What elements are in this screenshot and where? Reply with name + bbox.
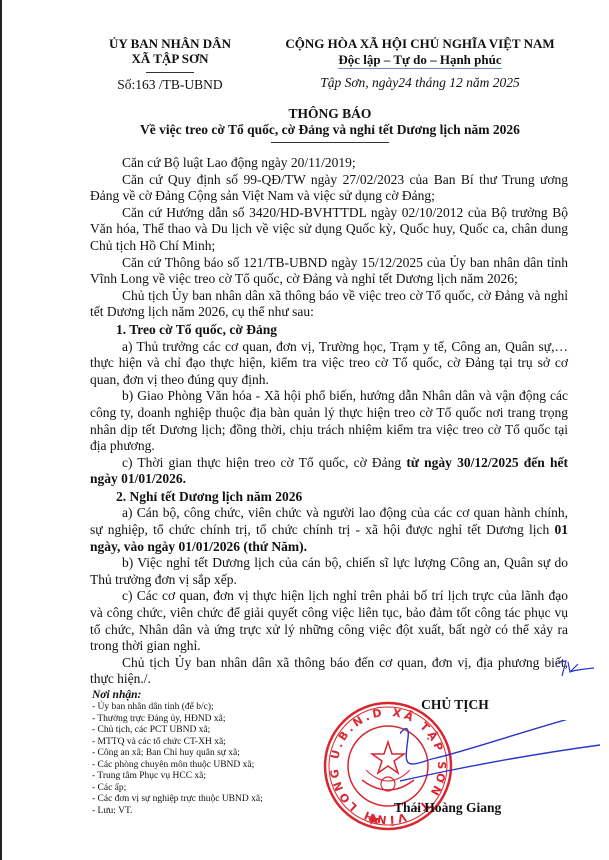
page-left-border: [0, 0, 2, 860]
intro-paragraph: Chủ tịch Ủy ban nhân dân xã thông báo về…: [90, 288, 568, 321]
section-2-a-text: a) Cán bộ, công chức, viên chức và người…: [90, 505, 568, 537]
basis-4: Căn cứ Thông báo số 121/TB-UBND ngày 15/…: [90, 255, 568, 288]
recipient-item: - Thường trực Đảng ủy, HĐND xã;: [92, 714, 312, 726]
basis-1: Căn cứ Bộ luật Lao động ngày 20/11/2019;: [90, 155, 568, 172]
section-1-heading: 1. Treo cờ Tổ quốc, cờ Đảng: [90, 322, 568, 339]
basis-3: Căn cứ Hướng dẫn số 3420/HD-BVHTTDL ngày…: [90, 205, 568, 255]
document-body: Căn cứ Bộ luật Lao động ngày 20/11/2019;…: [90, 155, 568, 688]
issuer-divider: [146, 72, 194, 73]
national-header: CỘNG HÒA XÃ HỘI CHỦ NGHĨA VIỆT NAM Độc l…: [270, 36, 570, 91]
place-date: Tập Sơn, ngày24 tháng 12 năm 2025: [270, 75, 570, 91]
section-1-b: b) Giao Phòng Văn hóa - Xã hội phổ biến,…: [90, 388, 568, 454]
closing-paragraph: Chủ tịch Ủy ban nhân dân xã thông báo đế…: [90, 655, 568, 688]
basis-2: Căn cứ Quy định số 99-QĐ/TW ngày 27/02/2…: [90, 172, 568, 205]
recipient-item: - Lưu: VT.: [92, 806, 312, 818]
recipient-item: - Các ấp;: [92, 783, 312, 795]
document-number: Số:163 /TB-UBND: [95, 77, 245, 93]
recipients-block: Nơi nhận: - Ủy ban nhân dân tỉnh (để b/c…: [92, 688, 312, 817]
national-motto: Độc lập – Tự do – Hạnh phúc: [338, 52, 501, 69]
nation-name: CỘNG HÒA XÃ HỘI CHỦ NGHĨA VIỆT NAM: [270, 36, 570, 51]
initials-mark: [556, 658, 596, 680]
recipient-item: - Các phòng chuyên môn thuộc UBND xã;: [92, 760, 312, 772]
section-2-a: a) Cán bộ, công chức, viên chức và người…: [90, 505, 568, 555]
issuer-line-2: XÃ TẬP SƠN: [95, 51, 245, 66]
recipient-item: - Ủy ban nhân dân tỉnh (để b/c);: [92, 702, 312, 714]
signer-name: Thái Hoàng Giang: [380, 800, 564, 816]
section-1-c: c) Thời gian thực hiện treo cờ Tổ quốc, …: [90, 455, 568, 488]
section-1-c-text: c) Thời gian thực hiện treo cờ Tổ quốc, …: [122, 455, 406, 470]
issuer-header: ỦY BAN NHÂN DÂN XÃ TẬP SƠN Số:163 /TB-UB…: [95, 36, 245, 93]
title-divider: [271, 142, 389, 143]
section-2-heading: 2. Nghỉ tết Dương lịch năm 2026: [90, 489, 568, 506]
recipient-item: - Công an xã; Ban Chỉ huy quân sự xã;: [92, 748, 312, 760]
issuer-line-1: ỦY BAN NHÂN DÂN: [95, 36, 245, 51]
document-subject: Về việc treo cờ Tổ quốc, cờ Đảng và nghỉ…: [90, 122, 570, 138]
recipient-item: - Trung tâm Phục vụ HCC xã;: [92, 771, 312, 783]
document-type: THÔNG BÁO: [90, 106, 570, 122]
section-1-a: a) Thủ trưởng các cơ quan, đơn vị, Trườn…: [90, 339, 568, 389]
section-2-b: b) Việc nghỉ tết Dương lịch của cán bộ, …: [90, 555, 568, 588]
section-2-c: c) Các cơ quan, đơn vị thực hiện lịch ng…: [90, 588, 568, 654]
recipient-item: - Chủ tịch, các PCT UBND xã;: [92, 725, 312, 737]
recipients-title: Nơi nhận:: [92, 688, 312, 702]
recipient-item: - Các đơn vị sự nghiệp trực thuộc UBND x…: [92, 794, 312, 806]
document-title-block: THÔNG BÁO Về việc treo cờ Tổ quốc, cờ Đả…: [90, 106, 570, 143]
recipient-item: - MTTQ và các tổ chức CT-XH xã;: [92, 737, 312, 749]
